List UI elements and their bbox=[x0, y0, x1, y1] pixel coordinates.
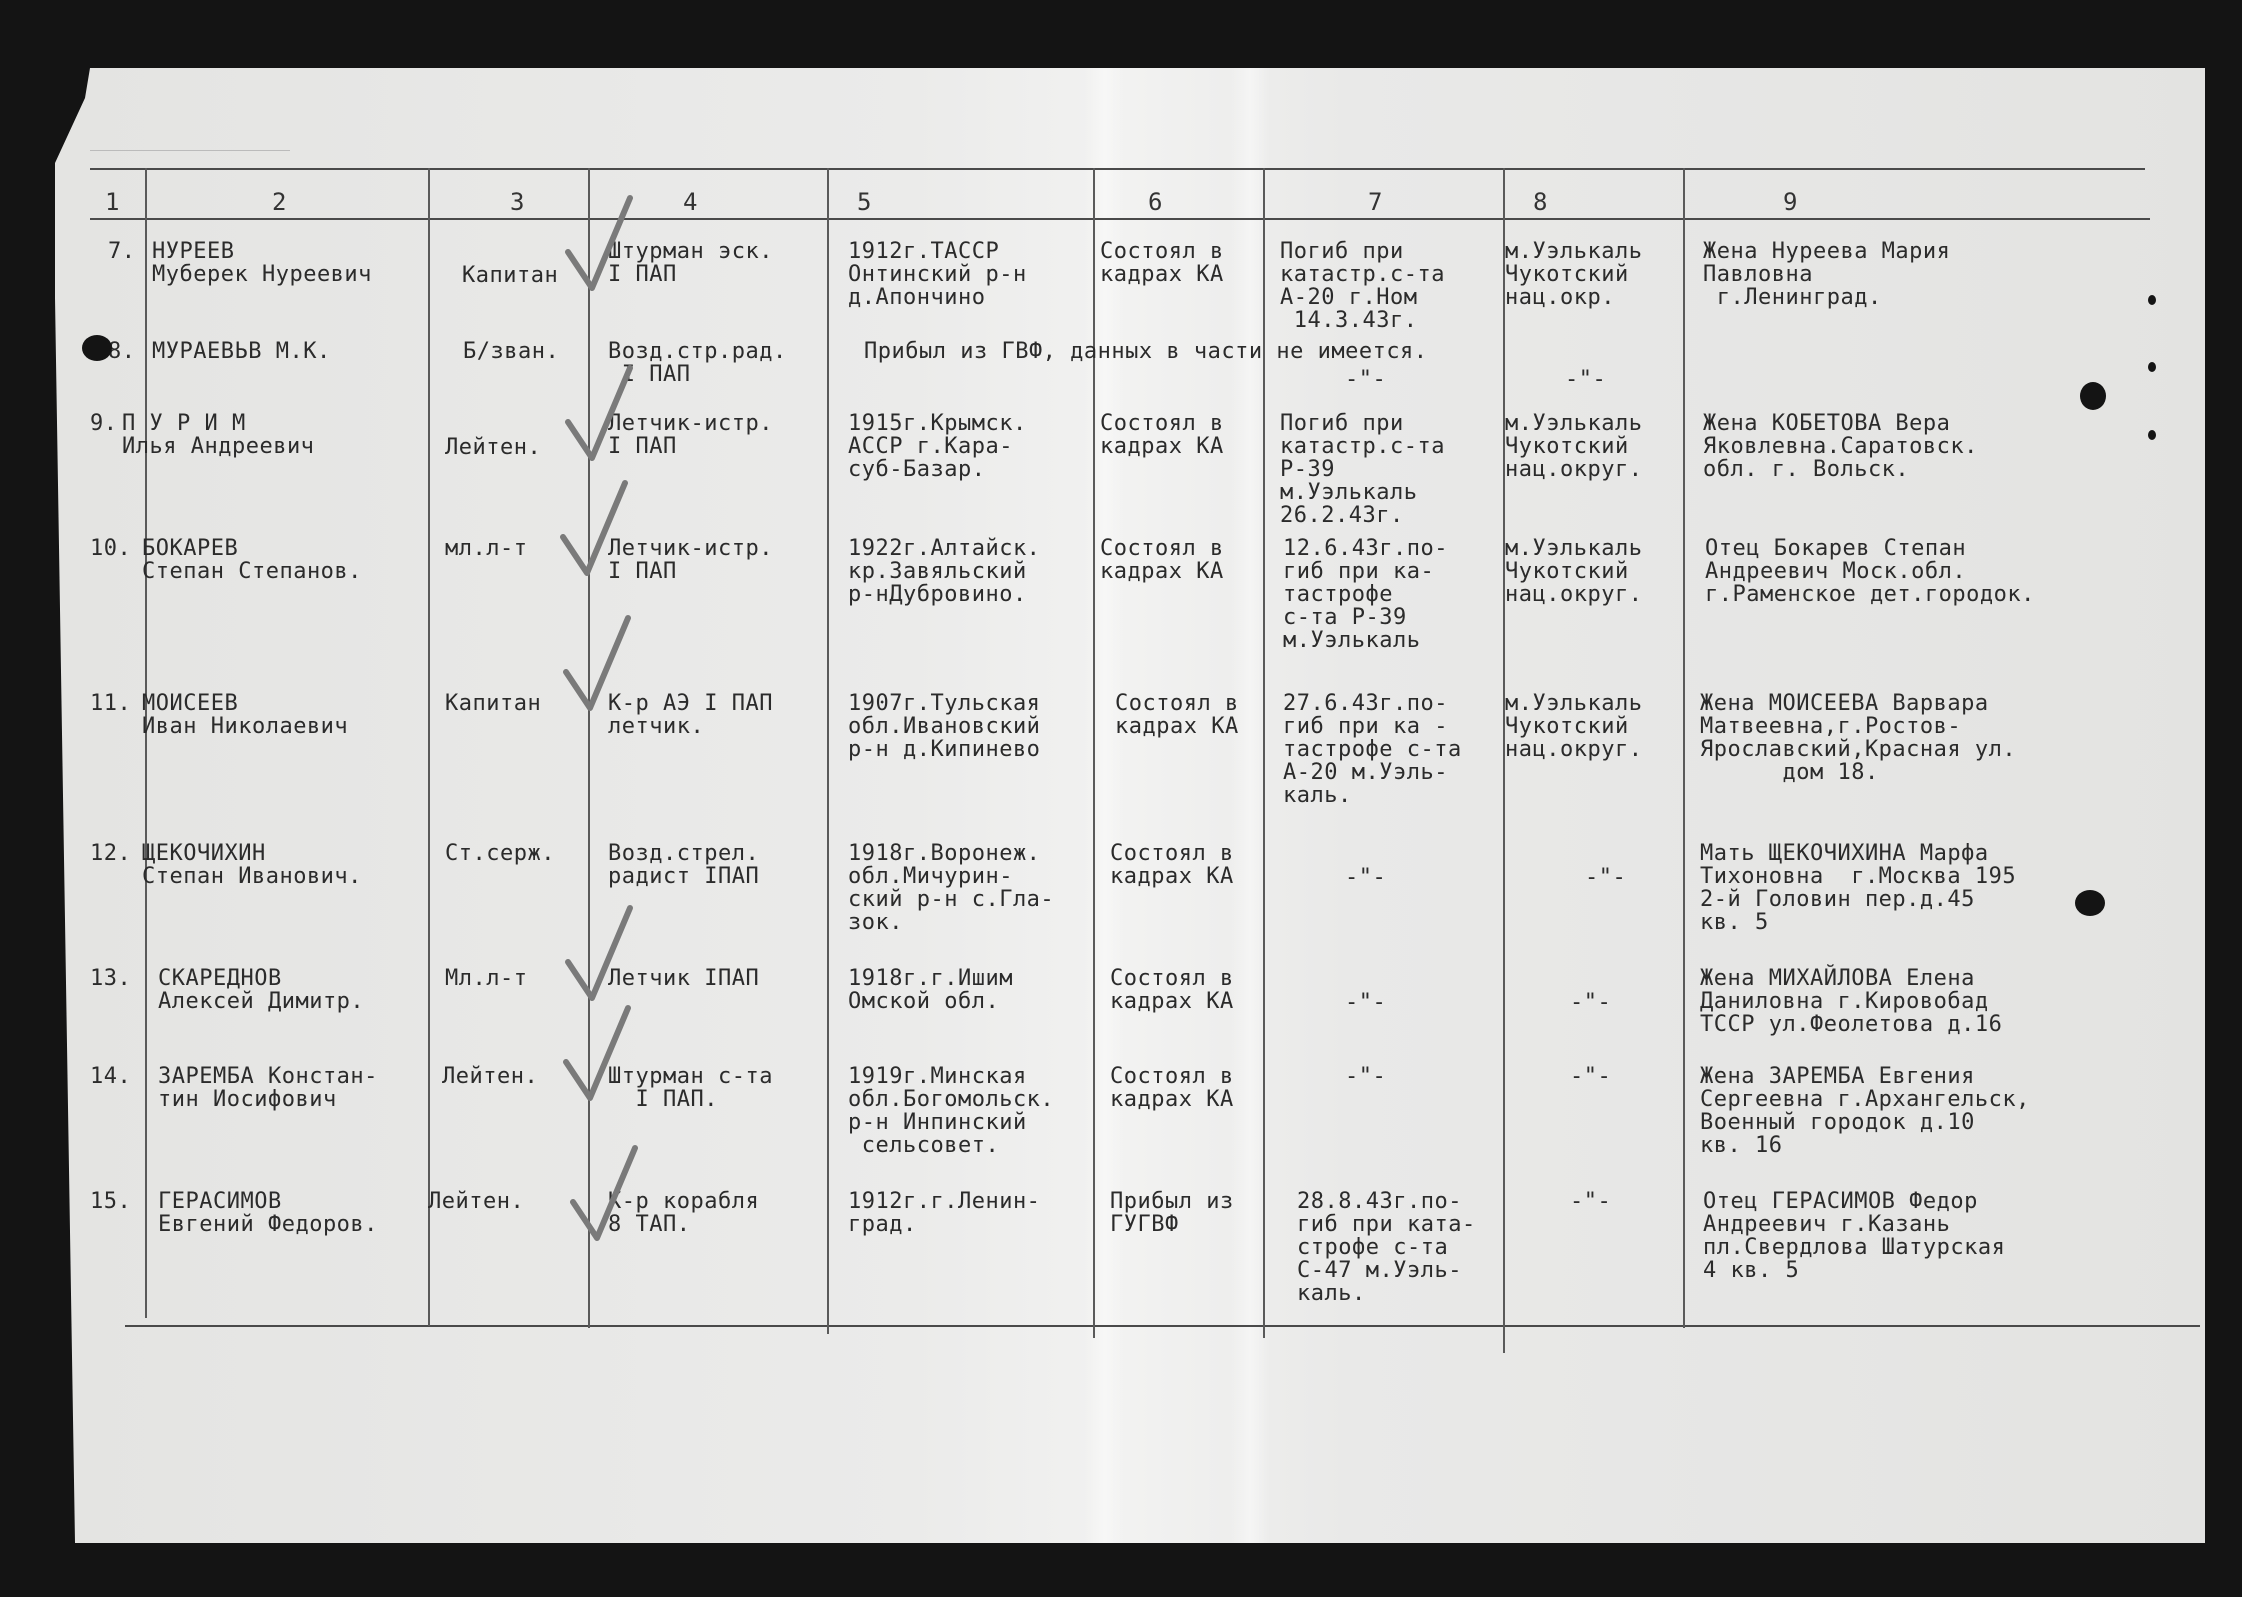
col-header-6: 6 bbox=[1148, 188, 1162, 216]
fate-info: 27.6.43г.по- гиб при ка - тастрофе с-та … bbox=[1283, 692, 1462, 807]
relatives-info: Отец Бокарев Степан Андреевич Моск.обл. … bbox=[1705, 537, 2035, 606]
fate-info: Погиб при катастр.с-та А-20 г.Ном 14.3.4… bbox=[1280, 240, 1445, 332]
fate-info: -"- bbox=[1345, 866, 1386, 889]
fate-info: 28.8.43г.по- гиб при ката- строфе с-та С… bbox=[1297, 1190, 1476, 1305]
row-number: 9. bbox=[90, 412, 118, 435]
relatives-info: Жена МОИСЕЕВА Варвара Матвеевна,г.Ростов… bbox=[1700, 692, 2016, 784]
person-name: ГЕРАСИМОВ Евгений Федоров. bbox=[158, 1190, 378, 1236]
punch-hole bbox=[2080, 382, 2106, 410]
person-name: БОКАРЕВ Степан Степанов. bbox=[142, 537, 362, 583]
row-number: 15. bbox=[90, 1190, 131, 1213]
col-separator bbox=[1683, 168, 1685, 1328]
burial-place: -"- bbox=[1570, 991, 1611, 1014]
service-info: Состоял в кадрах КА bbox=[1110, 967, 1234, 1013]
row-number: 11. bbox=[90, 692, 131, 715]
col-separator bbox=[827, 168, 829, 1334]
col-header-3: 3 bbox=[510, 188, 524, 216]
pencil-check-mark-icon bbox=[560, 900, 650, 1010]
punch-hole bbox=[2148, 362, 2156, 372]
burial-place: -"- bbox=[1570, 1065, 1611, 1088]
person-name: НУРЕЕВ Муберек Нуреевич bbox=[152, 240, 372, 286]
person-name: ЩЕКОЧИХИН Степан Иванович. bbox=[142, 842, 362, 888]
pencil-check-mark-icon bbox=[560, 360, 650, 470]
rank: Лейтен. bbox=[442, 1065, 538, 1088]
rank: Мл.л-т bbox=[445, 967, 527, 990]
rank: Лейтен. bbox=[445, 436, 541, 459]
service-info: Состоял в кадрах КА bbox=[1110, 842, 1234, 888]
col-header-4: 4 bbox=[683, 188, 697, 216]
service-info: Состоял в кадрах КА bbox=[1110, 1065, 1234, 1111]
col-separator bbox=[145, 168, 147, 1318]
rank: мл.л-т bbox=[445, 537, 527, 560]
row-number: 13. bbox=[90, 967, 131, 990]
relatives-info: Жена МИХАЙЛОВА Елена Даниловна г.Кировоб… bbox=[1700, 967, 2002, 1036]
service-info: Состоял в кадрах КА bbox=[1100, 537, 1224, 583]
rank: Капитан bbox=[445, 692, 541, 715]
relatives-info: Мать ЩЕКОЧИХИНА Марфа Тихоновна г.Москва… bbox=[1700, 842, 2016, 934]
col-header-2: 2 bbox=[272, 188, 286, 216]
service-info: Состоял в кадрах КА bbox=[1100, 240, 1224, 286]
punch-hole bbox=[2148, 295, 2156, 305]
col-header-5: 5 bbox=[857, 188, 871, 216]
fate-info: Погиб при катастр.с-та Р-39 м.Уэлькаль 2… bbox=[1280, 412, 1445, 527]
note-span: Прибыл из ГВФ, данных в части не имеется… bbox=[864, 340, 1428, 363]
burial-place: м.Уэлькаль Чукотский нац.округ. bbox=[1505, 692, 1642, 761]
person-name: СКАРЕДНОВ Алексей Димитр. bbox=[158, 967, 364, 1013]
service-info: Прибыл из ГУГВФ bbox=[1110, 1190, 1234, 1236]
burial-place: м.Уэлькаль Чукотский нац.округ. bbox=[1505, 412, 1642, 481]
pencil-check-mark-icon bbox=[560, 190, 650, 300]
person-name: МОИСЕЕВ Иван Николаевич bbox=[142, 692, 348, 738]
person-name: П У Р И М Илья Андреевич bbox=[122, 412, 314, 458]
col-header-7: 7 bbox=[1368, 188, 1382, 216]
relatives-info: Жена КОБЕТОВА Вера Яковлевна.Саратовск. … bbox=[1703, 412, 1978, 481]
col-header-8: 8 bbox=[1533, 188, 1547, 216]
row-number: 10. bbox=[90, 537, 131, 560]
birth-info: 1918г.Воронеж. обл.Мичурин- ский р-н с.Г… bbox=[848, 842, 1054, 934]
relatives-info: Жена ЗАРЕМБА Евгения Сергеевна г.Арханге… bbox=[1700, 1065, 2030, 1157]
pencil-check-mark-icon bbox=[558, 1000, 648, 1110]
paper-fold bbox=[1085, 68, 1125, 1543]
rank: Лейтен. bbox=[428, 1190, 524, 1213]
col-header-9: 9 bbox=[1783, 188, 1797, 216]
person-name: МУРАЕВЬВ М.К. bbox=[152, 340, 331, 363]
burial-place: -"- bbox=[1565, 368, 1606, 391]
birth-info: 1912г.ТАССР Онтинский р-н д.Апончино bbox=[848, 240, 1027, 309]
burial-place: -"- bbox=[1570, 1190, 1611, 1213]
birth-info: 1907г.Тульская обл.Ивановский р-н д.Кипи… bbox=[848, 692, 1040, 761]
row-number: 8. bbox=[108, 340, 136, 363]
pencil-check-mark-icon bbox=[565, 1140, 655, 1250]
relatives-info: Отец ГЕРАСИМОВ Федор Андреевич г.Казань … bbox=[1703, 1190, 2005, 1282]
table-top-rule bbox=[90, 168, 2145, 170]
ink-blot bbox=[82, 335, 112, 361]
burial-place: м.Уэлькаль Чукотский нац.окр. bbox=[1505, 240, 1642, 309]
rank: Б/зван. bbox=[463, 340, 559, 363]
fate-info: -"- bbox=[1345, 1065, 1386, 1088]
service-info: Состоял в кадрах КА bbox=[1115, 692, 1239, 738]
service-info: Состоял в кадрах КА bbox=[1100, 412, 1224, 458]
fate-info: -"- bbox=[1345, 991, 1386, 1014]
punch-hole bbox=[2075, 890, 2105, 916]
birth-info: 1919г.Минская обл.Богомольск. р-н Инпинс… bbox=[848, 1065, 1054, 1157]
col-separator bbox=[428, 168, 430, 1326]
fate-info: -"- bbox=[1345, 368, 1386, 391]
birth-info: 1915г.Крымск. АССР г.Кара- суб-Базар. bbox=[848, 412, 1027, 481]
header-bottom-rule bbox=[90, 218, 2150, 220]
birth-info: 1918г.г.Ишим Омской обл. bbox=[848, 967, 1013, 1013]
col-header-1: 1 bbox=[105, 188, 119, 216]
pencil-check-mark-icon bbox=[558, 610, 648, 720]
birth-info: 1912г.г.Ленин- град. bbox=[848, 1190, 1040, 1236]
birth-info: 1922г.Алтайск. кр.Завяльский р-нДубровин… bbox=[848, 537, 1040, 606]
pencil-check-mark-icon bbox=[555, 475, 645, 585]
row-number: 12. bbox=[90, 842, 131, 865]
fate-info: 12.6.43г.по- гиб при ка- тастрофе с-та Р… bbox=[1283, 537, 1448, 652]
punch-hole bbox=[2148, 430, 2156, 440]
burial-place: м.Уэлькаль Чукотский нац.округ. bbox=[1505, 537, 1642, 606]
burial-place: -"- bbox=[1585, 866, 1626, 889]
rank: Капитан bbox=[462, 264, 558, 287]
rank: Ст.серж. bbox=[445, 842, 555, 865]
faint-line bbox=[90, 150, 290, 151]
table-bottom-rule bbox=[125, 1325, 2200, 1327]
row-number: 14. bbox=[90, 1065, 131, 1088]
position: Возд.стрел. радист IПАП bbox=[608, 842, 759, 888]
person-name: ЗАРЕМБА Констан- тин Иосифович bbox=[158, 1065, 378, 1111]
row-number: 7. bbox=[108, 240, 136, 263]
relatives-info: Жена Нуреева Мария Павловна г.Ленинград. bbox=[1703, 240, 1950, 309]
